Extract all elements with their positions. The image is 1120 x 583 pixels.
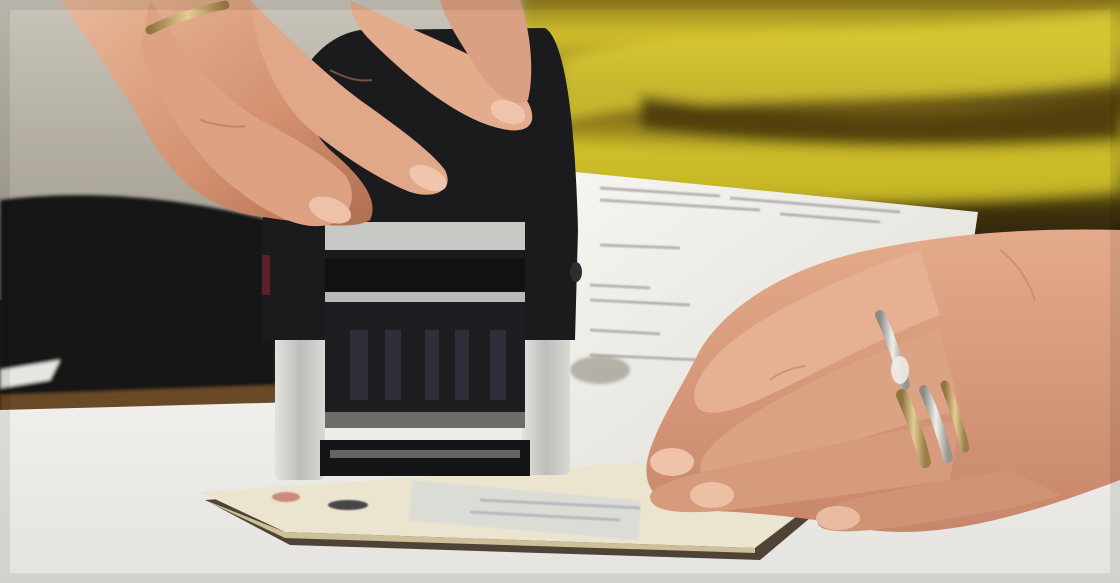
stamp-frame-left (275, 330, 325, 480)
photo-scene: Close-up photograph of a hand pressing a… (0, 0, 1120, 583)
fingernail (816, 506, 860, 530)
photo-canvas (0, 0, 1120, 583)
stamp-window-top (325, 222, 525, 250)
ring-stone (891, 356, 909, 384)
fingernail (650, 448, 694, 476)
fingernail (690, 482, 734, 508)
dark-desk-object (0, 195, 280, 430)
stamp-ink-pad (325, 258, 525, 292)
